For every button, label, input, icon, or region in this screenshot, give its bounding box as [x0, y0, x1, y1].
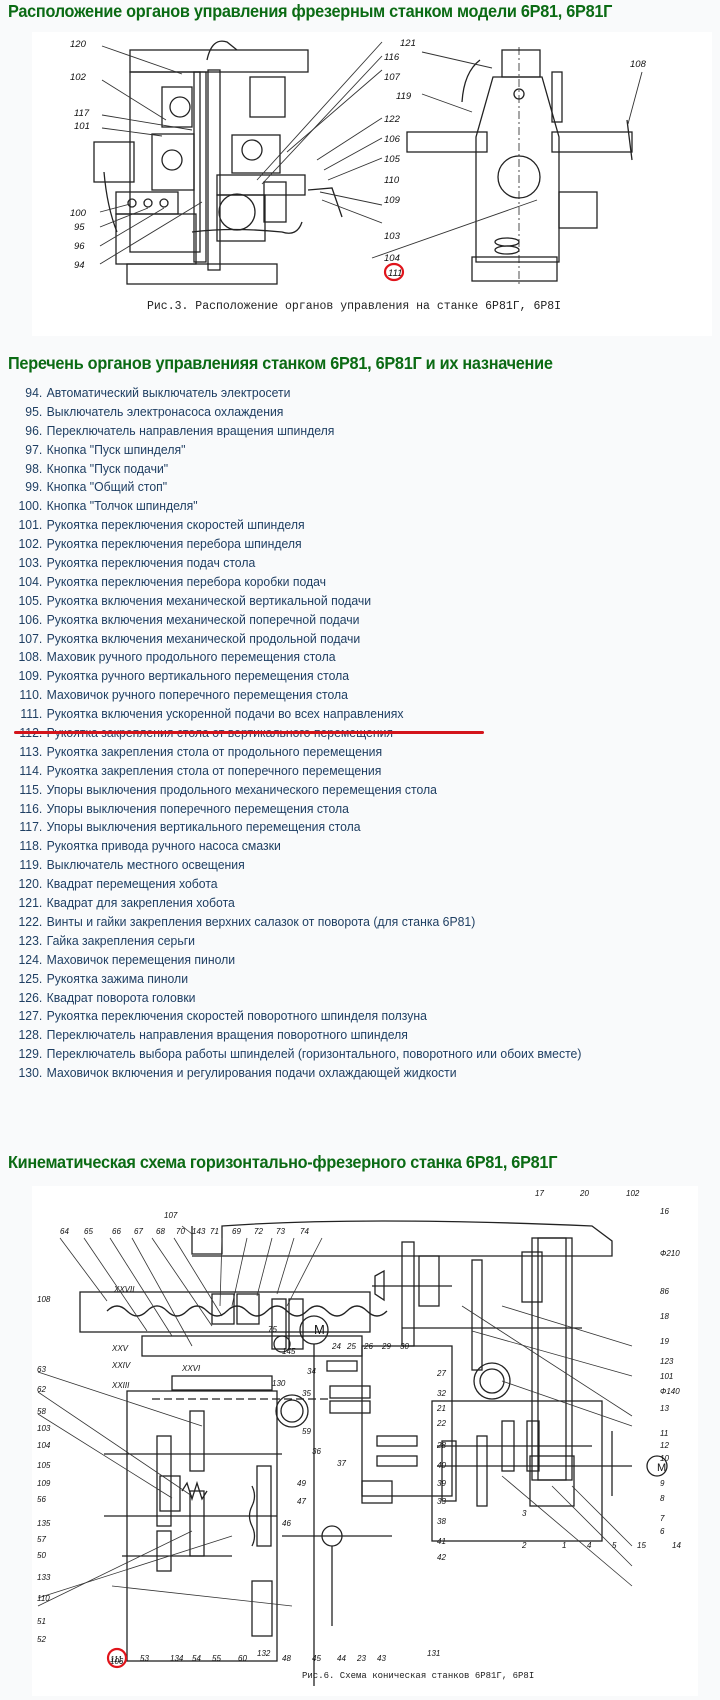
list-item: 94. Автоматический выключатель электросе…	[0, 384, 581, 403]
svg-text:111: 111	[110, 1655, 122, 1664]
list-item: 108. Маховик ручного продольного перемещ…	[0, 648, 581, 667]
svg-text:56: 56	[37, 1495, 46, 1504]
svg-text:120: 120	[70, 39, 87, 50]
list-item: 116. Упоры выключения поперечного переме…	[0, 800, 581, 819]
svg-text:104: 104	[384, 253, 400, 264]
layout-heading: Расположение органов управления фрезерны…	[8, 1, 612, 22]
highlight-underline-111	[14, 731, 484, 734]
item-text: Маховичок перемещения пиноли	[46, 952, 235, 967]
svg-text:69: 69	[232, 1227, 241, 1236]
svg-text:12: 12	[660, 1441, 669, 1450]
svg-text:134: 134	[170, 1654, 184, 1663]
list-item: 120. Квадрат перемещения хобота	[0, 875, 581, 894]
svg-text:15: 15	[637, 1541, 646, 1550]
svg-text:122: 122	[384, 114, 401, 125]
svg-text:95: 95	[74, 222, 85, 233]
svg-text:135: 135	[37, 1519, 51, 1528]
svg-text:101: 101	[660, 1372, 673, 1381]
item-number: 115.	[0, 781, 42, 800]
svg-text:117: 117	[74, 108, 90, 119]
svg-text:21: 21	[436, 1404, 446, 1413]
item-number: 105.	[0, 592, 42, 611]
svg-text:28: 28	[436, 1441, 446, 1450]
svg-text:Ф210: Ф210	[660, 1249, 680, 1258]
item-number: 102.	[0, 535, 42, 554]
item-number: 96.	[0, 422, 42, 441]
list-item: 118. Рукоятка привода ручного насоса сма…	[0, 837, 581, 856]
svg-text:45: 45	[312, 1654, 321, 1663]
svg-text:55: 55	[212, 1654, 221, 1663]
item-number: 95.	[0, 403, 42, 422]
item-text: Автоматический выключатель электросети	[46, 385, 291, 400]
svg-text:7: 7	[660, 1514, 665, 1523]
svg-text:2: 2	[521, 1541, 527, 1550]
svg-text:XXV: XXV	[111, 1344, 129, 1353]
list-item: 123. Гайка закрепления серьги	[0, 932, 581, 951]
svg-text:101: 101	[74, 121, 90, 132]
svg-text:107: 107	[384, 72, 401, 83]
item-text: Рукоятка переключения скоростей поворотн…	[46, 1008, 427, 1023]
svg-text:102: 102	[70, 72, 87, 83]
svg-text:39: 39	[437, 1479, 446, 1488]
item-number: 101.	[0, 516, 42, 535]
item-number: 103.	[0, 554, 42, 573]
list-item: 109. Рукоятка ручного вертикального пере…	[0, 667, 581, 686]
svg-text:94: 94	[74, 260, 85, 271]
svg-text:46: 46	[282, 1519, 291, 1528]
svg-text:34: 34	[307, 1367, 316, 1376]
svg-text:20: 20	[579, 1189, 589, 1198]
svg-text:3: 3	[522, 1509, 527, 1518]
svg-text:109: 109	[37, 1479, 51, 1488]
svg-text:123: 123	[660, 1357, 674, 1366]
list-item: 106. Рукоятка включения механической поп…	[0, 611, 581, 630]
svg-text:29: 29	[381, 1342, 391, 1351]
item-text: Упоры выключения продольного механическо…	[46, 782, 437, 797]
list-item: 100. Кнопка "Толчок шпинделя"	[0, 497, 581, 516]
item-text: Кнопка "Пуск шпинделя"	[46, 442, 186, 457]
svg-text:13: 13	[660, 1404, 669, 1413]
svg-text:5: 5	[612, 1541, 617, 1550]
list-item: 124. Маховичок перемещения пиноли	[0, 951, 581, 970]
list-item: 111. Рукоятка включения ускоренной подач…	[0, 705, 581, 724]
list-item: 130. Маховичок включения и регулирования…	[0, 1064, 581, 1083]
list-item: 102. Рукоятка переключения перебора шпин…	[0, 535, 581, 554]
item-text: Рукоятка закрепления стола от продольног…	[46, 744, 382, 759]
svg-text:47: 47	[297, 1497, 306, 1506]
list-item: 122. Винты и гайки закрепления верхних с…	[0, 913, 581, 932]
item-text: Квадрат перемещения хобота	[46, 876, 218, 891]
list-item: 110. Маховичок ручного поперечного перем…	[0, 686, 581, 705]
item-text: Рукоятка ручного вертикального перемещен…	[46, 668, 349, 683]
svg-text:96: 96	[74, 241, 85, 252]
list-item: 99. Кнопка "Общий стоп"	[0, 478, 581, 497]
svg-text:M: M	[314, 1322, 325, 1337]
svg-text:109: 109	[384, 195, 401, 206]
item-number: 117.	[0, 818, 42, 837]
svg-text:10: 10	[660, 1454, 669, 1463]
list-item: 113. Рукоятка закрепления стола от продо…	[0, 743, 581, 762]
svg-text:50: 50	[37, 1551, 46, 1560]
svg-text:67: 67	[134, 1227, 143, 1236]
machine-drawing: 120 102 117 101 100 95 96 94 121 116 107…	[32, 32, 712, 336]
item-number: 122.	[0, 913, 42, 932]
item-text: Выключатель местного освещения	[46, 857, 245, 872]
list-heading: Перечень органов управленияя станком 6Р8…	[8, 353, 553, 374]
item-number: 130.	[0, 1064, 42, 1083]
list-item: 105. Рукоятка включения механической вер…	[0, 592, 581, 611]
svg-text:38: 38	[437, 1517, 446, 1526]
svg-text:106: 106	[384, 134, 401, 145]
svg-text:102: 102	[626, 1189, 640, 1198]
svg-text:52: 52	[37, 1635, 46, 1644]
list-item: 95. Выключатель электронасоса охлаждения	[0, 403, 581, 422]
svg-text:108: 108	[630, 59, 647, 70]
svg-text:43: 43	[377, 1654, 386, 1663]
list-item: 117. Упоры выключения вертикального пере…	[0, 818, 581, 837]
svg-text:9: 9	[660, 1479, 665, 1488]
item-number: 104.	[0, 573, 42, 592]
svg-text:110: 110	[384, 175, 400, 186]
item-text: Упоры выключения вертикального перемещен…	[46, 819, 361, 834]
svg-text:XXVI: XXVI	[181, 1364, 201, 1373]
item-number: 118.	[0, 837, 42, 856]
item-number: 100.	[0, 497, 42, 516]
svg-text:XXIII: XXIII	[111, 1381, 130, 1390]
svg-text:104: 104	[37, 1441, 51, 1450]
svg-text:105: 105	[384, 154, 401, 165]
item-text: Упоры выключения поперечного перемещения…	[46, 801, 349, 816]
kinematic-drawing: 107 646566 676870 1437169 727374 108 XXV…	[32, 1186, 698, 1696]
svg-text:22: 22	[436, 1419, 446, 1428]
svg-text:63: 63	[37, 1365, 46, 1374]
svg-text:37: 37	[337, 1459, 346, 1468]
item-text: Квадрат для закрепления хобота	[46, 895, 235, 910]
svg-text:49: 49	[297, 1479, 306, 1488]
svg-text:42: 42	[437, 1553, 446, 1562]
item-number: 125.	[0, 970, 42, 989]
svg-text:41: 41	[437, 1537, 446, 1546]
list-item: 121. Квадрат для закрепления хобота	[0, 894, 581, 913]
item-number: 123.	[0, 932, 42, 951]
item-text: Переключатель направления вращения повор…	[46, 1027, 408, 1042]
item-number: 124.	[0, 951, 42, 970]
item-number: 121.	[0, 894, 42, 913]
item-number: 106.	[0, 611, 42, 630]
svg-text:70: 70	[176, 1227, 185, 1236]
svg-text:74: 74	[300, 1227, 309, 1236]
svg-text:6: 6	[660, 1527, 665, 1536]
svg-text:121: 121	[400, 38, 416, 49]
svg-text:32: 32	[437, 1389, 446, 1398]
list-item: 114. Рукоятка закрепления стола от попер…	[0, 762, 581, 781]
item-number: 114.	[0, 762, 42, 781]
list-item: 97. Кнопка "Пуск шпинделя"	[0, 441, 581, 460]
svg-text:35: 35	[302, 1389, 311, 1398]
item-text: Маховичок включения и регулирования пода…	[46, 1065, 457, 1080]
svg-text:86: 86	[660, 1287, 669, 1296]
item-text: Рукоятка привода ручного насоса смазки	[46, 838, 281, 853]
svg-text:11: 11	[660, 1429, 668, 1438]
svg-text:19: 19	[660, 1337, 669, 1346]
svg-text:58: 58	[37, 1407, 46, 1416]
item-text: Рукоятка переключения скоростей шпинделя	[46, 517, 305, 532]
svg-text:145: 145	[282, 1347, 296, 1356]
item-number: 111.	[0, 705, 42, 724]
svg-text:116: 116	[384, 52, 400, 63]
svg-text:17: 17	[535, 1189, 544, 1198]
svg-text:Ф140: Ф140	[660, 1387, 680, 1396]
svg-text:XXVII: XXVII	[113, 1285, 135, 1294]
svg-text:51: 51	[37, 1617, 46, 1626]
item-text: Рукоятка переключения перебора шпинделя	[46, 536, 302, 551]
svg-text:33: 33	[437, 1497, 446, 1506]
svg-text:XXIV: XXIV	[111, 1361, 131, 1370]
svg-text:100: 100	[70, 208, 87, 219]
item-text: Рукоятка закрепления стола от поперечног…	[46, 763, 382, 778]
item-number: 126.	[0, 989, 42, 1008]
item-number: 120.	[0, 875, 42, 894]
svg-text:72: 72	[254, 1227, 263, 1236]
svg-text:59: 59	[302, 1427, 311, 1436]
item-text: Винты и гайки закрепления верхних салазо…	[46, 914, 476, 929]
list-item: 126. Квадрат поворота головки	[0, 989, 581, 1008]
item-text: Выключатель электронасоса охлаждения	[46, 404, 284, 419]
item-number: 97.	[0, 441, 42, 460]
item-number: 98.	[0, 460, 42, 479]
item-number: 116.	[0, 800, 42, 819]
svg-text:23: 23	[356, 1654, 366, 1663]
list-item: 119. Выключатель местного освещения	[0, 856, 581, 875]
svg-text:4: 4	[587, 1541, 592, 1550]
list-item: 96. Переключатель направления вращения ш…	[0, 422, 581, 441]
figure2-caption: Рис.6. Схема коническая станков 6Р81Г, 6…	[302, 1671, 534, 1681]
svg-text:54: 54	[192, 1654, 201, 1663]
svg-text:68: 68	[156, 1227, 165, 1236]
svg-text:1: 1	[562, 1541, 566, 1550]
svg-text:64: 64	[60, 1227, 69, 1236]
svg-text:73: 73	[276, 1227, 285, 1236]
svg-text:36: 36	[312, 1447, 321, 1456]
svg-text:14: 14	[672, 1541, 681, 1550]
list-item: 128. Переключатель направления вращения …	[0, 1026, 581, 1045]
svg-text:44: 44	[337, 1654, 346, 1663]
svg-text:24: 24	[331, 1342, 341, 1351]
item-number: 110.	[0, 686, 42, 705]
item-number: 128.	[0, 1026, 42, 1045]
list-item: 129. Переключатель выбора работы шпиндел…	[0, 1045, 581, 1064]
list-item: 107. Рукоятка включения механической про…	[0, 630, 581, 649]
svg-text:66: 66	[112, 1227, 121, 1236]
item-text: Гайка закрепления серьги	[46, 933, 195, 948]
svg-text:133: 133	[37, 1573, 51, 1582]
svg-text:27: 27	[436, 1369, 446, 1378]
kinematic-scheme-figure: 107 646566 676870 1437169 727374 108 XXV…	[32, 1186, 698, 1696]
item-text: Кнопка "Пуск подачи"	[46, 461, 168, 476]
svg-text:143: 143	[192, 1227, 206, 1236]
list-item: 98. Кнопка "Пуск подачи"	[0, 460, 581, 479]
svg-text:8: 8	[660, 1494, 665, 1503]
item-number: 109.	[0, 667, 42, 686]
svg-text:53: 53	[140, 1654, 149, 1663]
svg-text:75: 75	[268, 1325, 277, 1334]
svg-text:18: 18	[660, 1312, 669, 1321]
svg-text:48: 48	[282, 1654, 291, 1663]
kinematic-heading: Кинематическая схема горизонтально-фрезе…	[8, 1152, 557, 1173]
svg-text:30: 30	[400, 1342, 409, 1351]
svg-text:105: 105	[37, 1461, 51, 1470]
svg-text:119: 119	[396, 91, 412, 102]
svg-text:130: 130	[272, 1379, 286, 1388]
item-number: 94.	[0, 384, 42, 403]
svg-text:71: 71	[210, 1227, 219, 1236]
svg-text:103: 103	[37, 1424, 51, 1433]
svg-text:62: 62	[37, 1385, 46, 1394]
item-text: Маховик ручного продольного перемещения …	[46, 649, 336, 664]
item-number: 99.	[0, 478, 42, 497]
svg-text:M: M	[657, 1462, 666, 1474]
list-item: 127. Рукоятка переключения скоростей пов…	[0, 1007, 581, 1026]
item-number: 127.	[0, 1007, 42, 1026]
list-item: 101. Рукоятка переключения скоростей шпи…	[0, 516, 581, 535]
svg-text:108: 108	[37, 1295, 51, 1304]
item-text: Рукоятка переключения подач стола	[46, 555, 256, 570]
svg-text:57: 57	[37, 1535, 46, 1544]
svg-text:132: 132	[257, 1649, 271, 1658]
svg-text:26: 26	[363, 1342, 373, 1351]
svg-text:40: 40	[437, 1461, 446, 1470]
item-text: Маховичок ручного поперечного перемещени…	[46, 687, 348, 702]
item-number: 119.	[0, 856, 42, 875]
item-text: Рукоятка включения механической продольн…	[46, 631, 360, 646]
item-text: Кнопка "Общий стоп"	[46, 479, 167, 494]
item-text: Рукоятка включения механической поперечн…	[46, 612, 360, 627]
list-item: 104. Рукоятка переключения перебора коро…	[0, 573, 581, 592]
item-text: Переключатель выбора работы шпинделей (г…	[46, 1046, 582, 1061]
item-number: 129.	[0, 1045, 42, 1064]
svg-text:110: 110	[37, 1594, 50, 1603]
svg-text:16: 16	[660, 1207, 669, 1216]
item-text: Квадрат поворота головки	[46, 990, 196, 1005]
item-text: Рукоятка зажима пиноли	[46, 971, 188, 986]
svg-text:107: 107	[164, 1211, 178, 1220]
figure1-caption: Рис.3. Расположение органов управления н…	[147, 300, 561, 313]
item-number: 108.	[0, 648, 42, 667]
item-text: Переключатель направления вращения шпинд…	[46, 423, 335, 438]
list-item: 103. Рукоятка переключения подач стола	[0, 554, 581, 573]
svg-text:103: 103	[384, 231, 401, 242]
item-text: Кнопка "Толчок шпинделя"	[46, 498, 198, 513]
item-text: Рукоятка включения механической вертикал…	[46, 593, 371, 608]
controls-layout-figure: 120 102 117 101 100 95 96 94 121 116 107…	[32, 32, 712, 336]
item-number: 113.	[0, 743, 42, 762]
item-text: Рукоятка включения ускоренной подачи во …	[46, 706, 404, 721]
svg-text:65: 65	[84, 1227, 93, 1236]
svg-text:25: 25	[346, 1342, 356, 1351]
svg-text:60: 60	[238, 1654, 247, 1663]
item-number: 107.	[0, 630, 42, 649]
list-item: 125. Рукоятка зажима пиноли	[0, 970, 581, 989]
list-item: 115. Упоры выключения продольного механи…	[0, 781, 581, 800]
svg-text:131: 131	[427, 1649, 440, 1658]
item-text: Рукоятка переключения перебора коробки п…	[46, 574, 326, 589]
